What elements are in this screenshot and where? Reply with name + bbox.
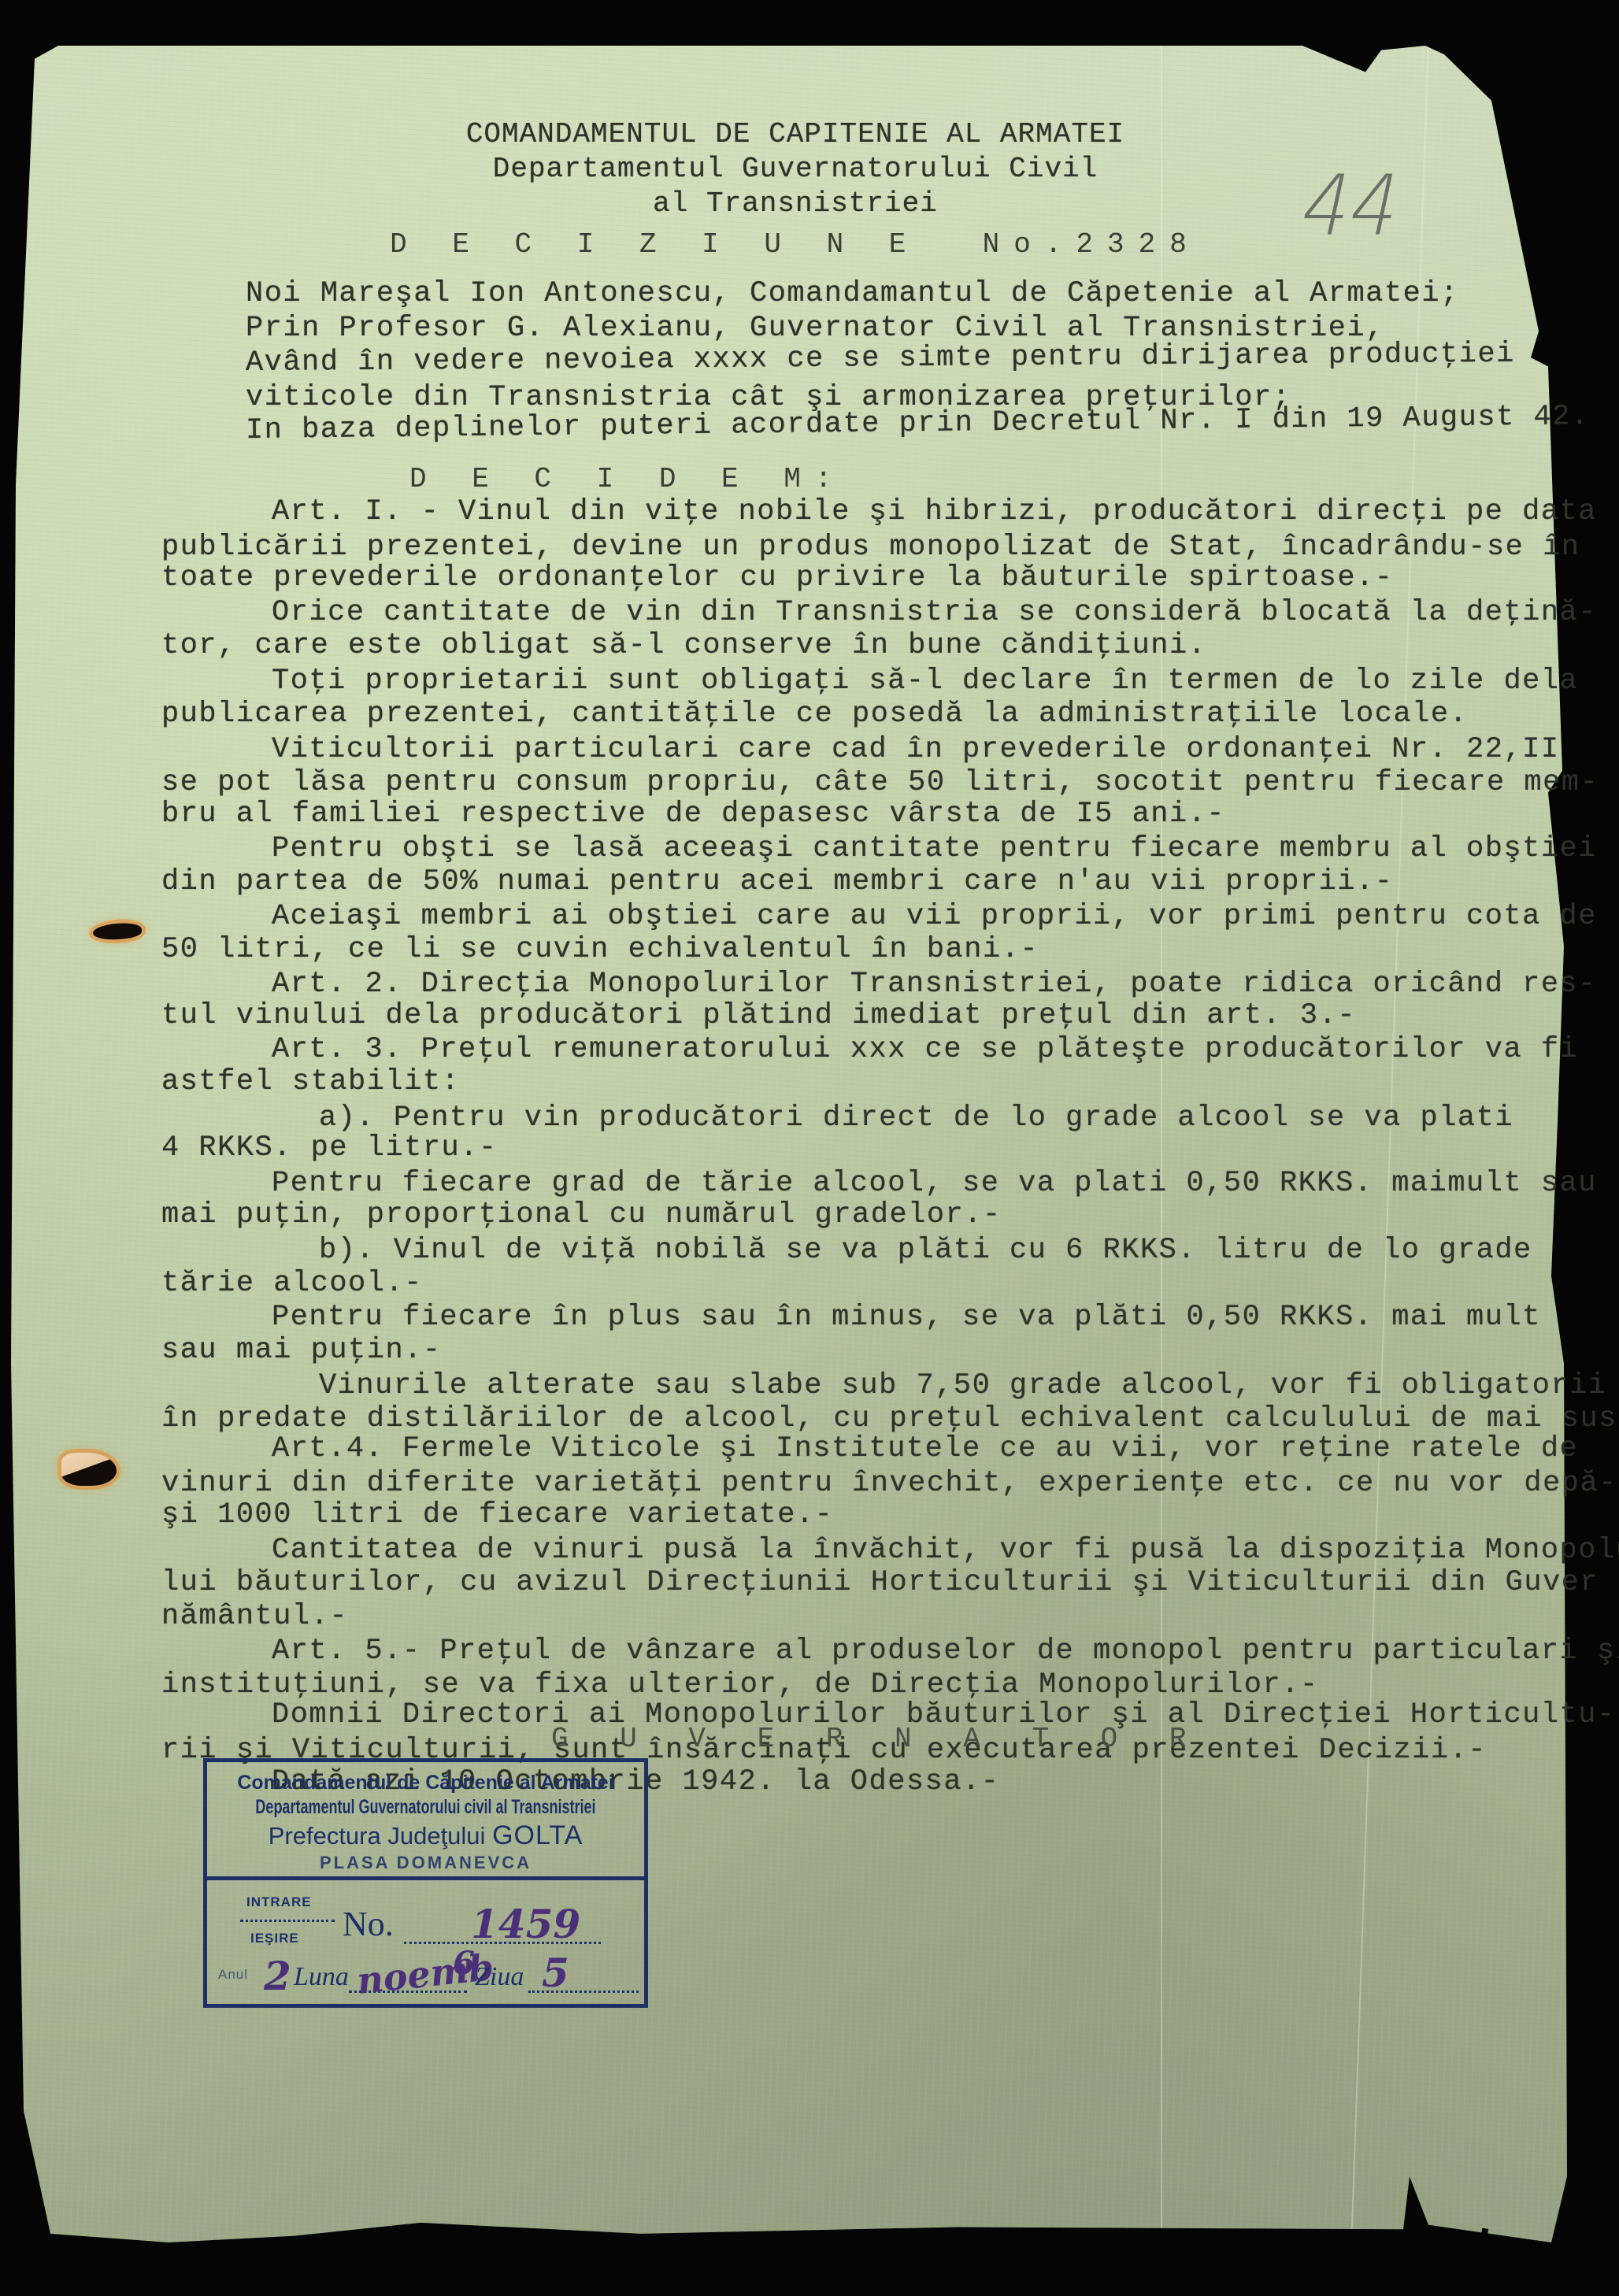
stamp-label-anul: Anul <box>218 1967 248 1983</box>
body-line: Orice cantitate de vin din Transnistria … <box>272 598 1597 628</box>
stamp-label-intrare: INTRARE <box>246 1894 312 1910</box>
body-line: a). Pentru vin producători direct de lo … <box>319 1104 1513 1133</box>
body-line: Art. 2. Direcţia Monopolurilor Transnist… <box>272 970 1597 999</box>
body-line: Cantitatea de vinuri pusă la învăchit, v… <box>272 1536 1619 1565</box>
body-line: vinuri din diferite varietăţi pentru înv… <box>161 1469 1617 1498</box>
body-line: Art. 3. Preţul remuneratorului xxx ce se… <box>272 1035 1578 1065</box>
body-line: lui băuturilor, cu avizul Direcţiunii Ho… <box>161 1568 1599 1598</box>
body-line: Art. 5.- Preţul de vânzare al produselor… <box>272 1637 1619 1666</box>
preamble-line: Noi Mareşal Ion Antonescu, Comandamantul… <box>246 280 1459 309</box>
body-line: Toţi proprietarii sunt obligaţi să-l dec… <box>272 667 1578 696</box>
body-line: Pentru fiecare grad de tărie alcool, se … <box>272 1169 1597 1198</box>
body-line: sau mai puţin.- <box>161 1336 442 1365</box>
body-line: toate prevederile ordonanţelor cu privir… <box>161 564 1393 593</box>
registration-hour: 2 <box>264 1953 291 1999</box>
body-line: publicării prezentei, devine un produs m… <box>161 533 1580 562</box>
paper-tear <box>1567 1268 1614 1276</box>
body-line: mai puţin, proporţional cu numărul grade… <box>161 1201 1002 1230</box>
paper-tear <box>1476 2228 1488 2276</box>
body-line: publicarea prezentei, cantităţile ce pos… <box>161 700 1468 729</box>
stamp-county: GOLTA <box>492 1820 583 1850</box>
body-line: nământul.- <box>161 1602 348 1631</box>
stamp-prefecture: Prefectura Judeţului <box>269 1822 486 1850</box>
body-line: şi 1000 litri de fiecare varietate.- <box>161 1501 833 1530</box>
body-line: Pentru obşti se lasă aceeaşi cantitate p… <box>272 835 1597 864</box>
stamp-line-1: Comandamentul de Căpitenie al Armatei <box>207 1772 644 1794</box>
stamp-line-4: PLASA DOMANEVCA <box>207 1853 644 1873</box>
body-line: b). Vinul de viţă nobilă se va plăti cu … <box>319 1236 1532 1265</box>
body-line: tul vinului dela producători plătind ime… <box>161 1002 1356 1031</box>
registration-number: 1459 <box>471 1901 580 1947</box>
body-line: Aceiaşi membri ai obştiei care au vii pr… <box>272 902 1597 931</box>
paper-tear <box>1561 640 1619 654</box>
stamp-line-3: Prefectura Judeţului GOLTA <box>207 1820 644 1851</box>
paper-fold <box>1350 46 1428 2242</box>
stamp-line-2: Departamentul Guvernatorului civil al Tr… <box>217 1796 634 1819</box>
decidem-heading: D E C I D E M: <box>409 463 787 495</box>
stamp-no-label: No. <box>343 1904 394 1944</box>
stamp-label-iesire: IEŞIRE <box>250 1931 299 1946</box>
header-line-2: Departamentul Guvernatorului Civil <box>268 153 1323 185</box>
body-line: 4 RKKS. pe litru.- <box>161 1134 498 1163</box>
body-line: din partea de 50% numai pentru acei memb… <box>161 868 1393 897</box>
body-line: Vinurile alterate sau slabe sub 7,50 gra… <box>319 1372 1607 1401</box>
body-line: se pot lăsa pentru consum propriu, câte … <box>161 768 1599 798</box>
header-line-3: al Transnistriei <box>268 187 1323 220</box>
body-line: instituţiuni, se va fixa ulterior, de Di… <box>161 1671 1319 1700</box>
document-header: COMANDAMENTUL DE CAPITENIE AL ARMATEI De… <box>268 118 1323 213</box>
stamp-divider <box>240 1920 335 1922</box>
body-line: Pentru fiecare în plus sau în minus, se … <box>272 1303 1541 1332</box>
registration-month-number: 6 <box>453 1945 475 1982</box>
body-line: Art.4. Fermele Viticole şi Institutele c… <box>272 1435 1578 1464</box>
body-line: în predate distilăriilor de alcool, cu p… <box>161 1405 1617 1434</box>
body-line: Viticultorii particulari care cad în pre… <box>272 735 1560 765</box>
document-title: D E C I Z I U N E No.2328 <box>268 228 1323 261</box>
body-line: tor, care este obligat să-l conserve în … <box>161 631 1206 661</box>
body-line: bru al familiei respective de depasesc v… <box>161 800 1225 829</box>
stamp-label-luna: Luna <box>294 1962 349 1992</box>
stamp-register-fields: INTRARE IEŞIRE No. 1459 Anul 2 Luna noem… <box>207 1880 644 2006</box>
stamp-header: Comandamentul de Căpitenie al Armatei De… <box>207 1762 644 1880</box>
body-line: tărie alcool.- <box>161 1269 423 1298</box>
burn-hole <box>61 1453 117 1486</box>
registration-stamp: Comandamentul de Căpitenie al Armatei De… <box>203 1758 648 2008</box>
signature-title: G U V E R N A T O R <box>551 1723 913 1755</box>
stamp-label-ziua: Ziua <box>475 1962 524 1992</box>
paper-fold <box>1161 46 1162 2242</box>
header-line-1: COMANDAMENTUL DE CAPITENIE AL ARMATEI <box>268 118 1323 150</box>
body-line: Art. I. - Vinul din viţe nobile şi hibri… <box>272 498 1597 527</box>
body-line: astfel stabilit: <box>161 1068 460 1097</box>
registration-day: 5 <box>542 1950 569 1996</box>
body-line: 50 litri, ce li se cuvin echivalentul în… <box>161 935 1039 965</box>
